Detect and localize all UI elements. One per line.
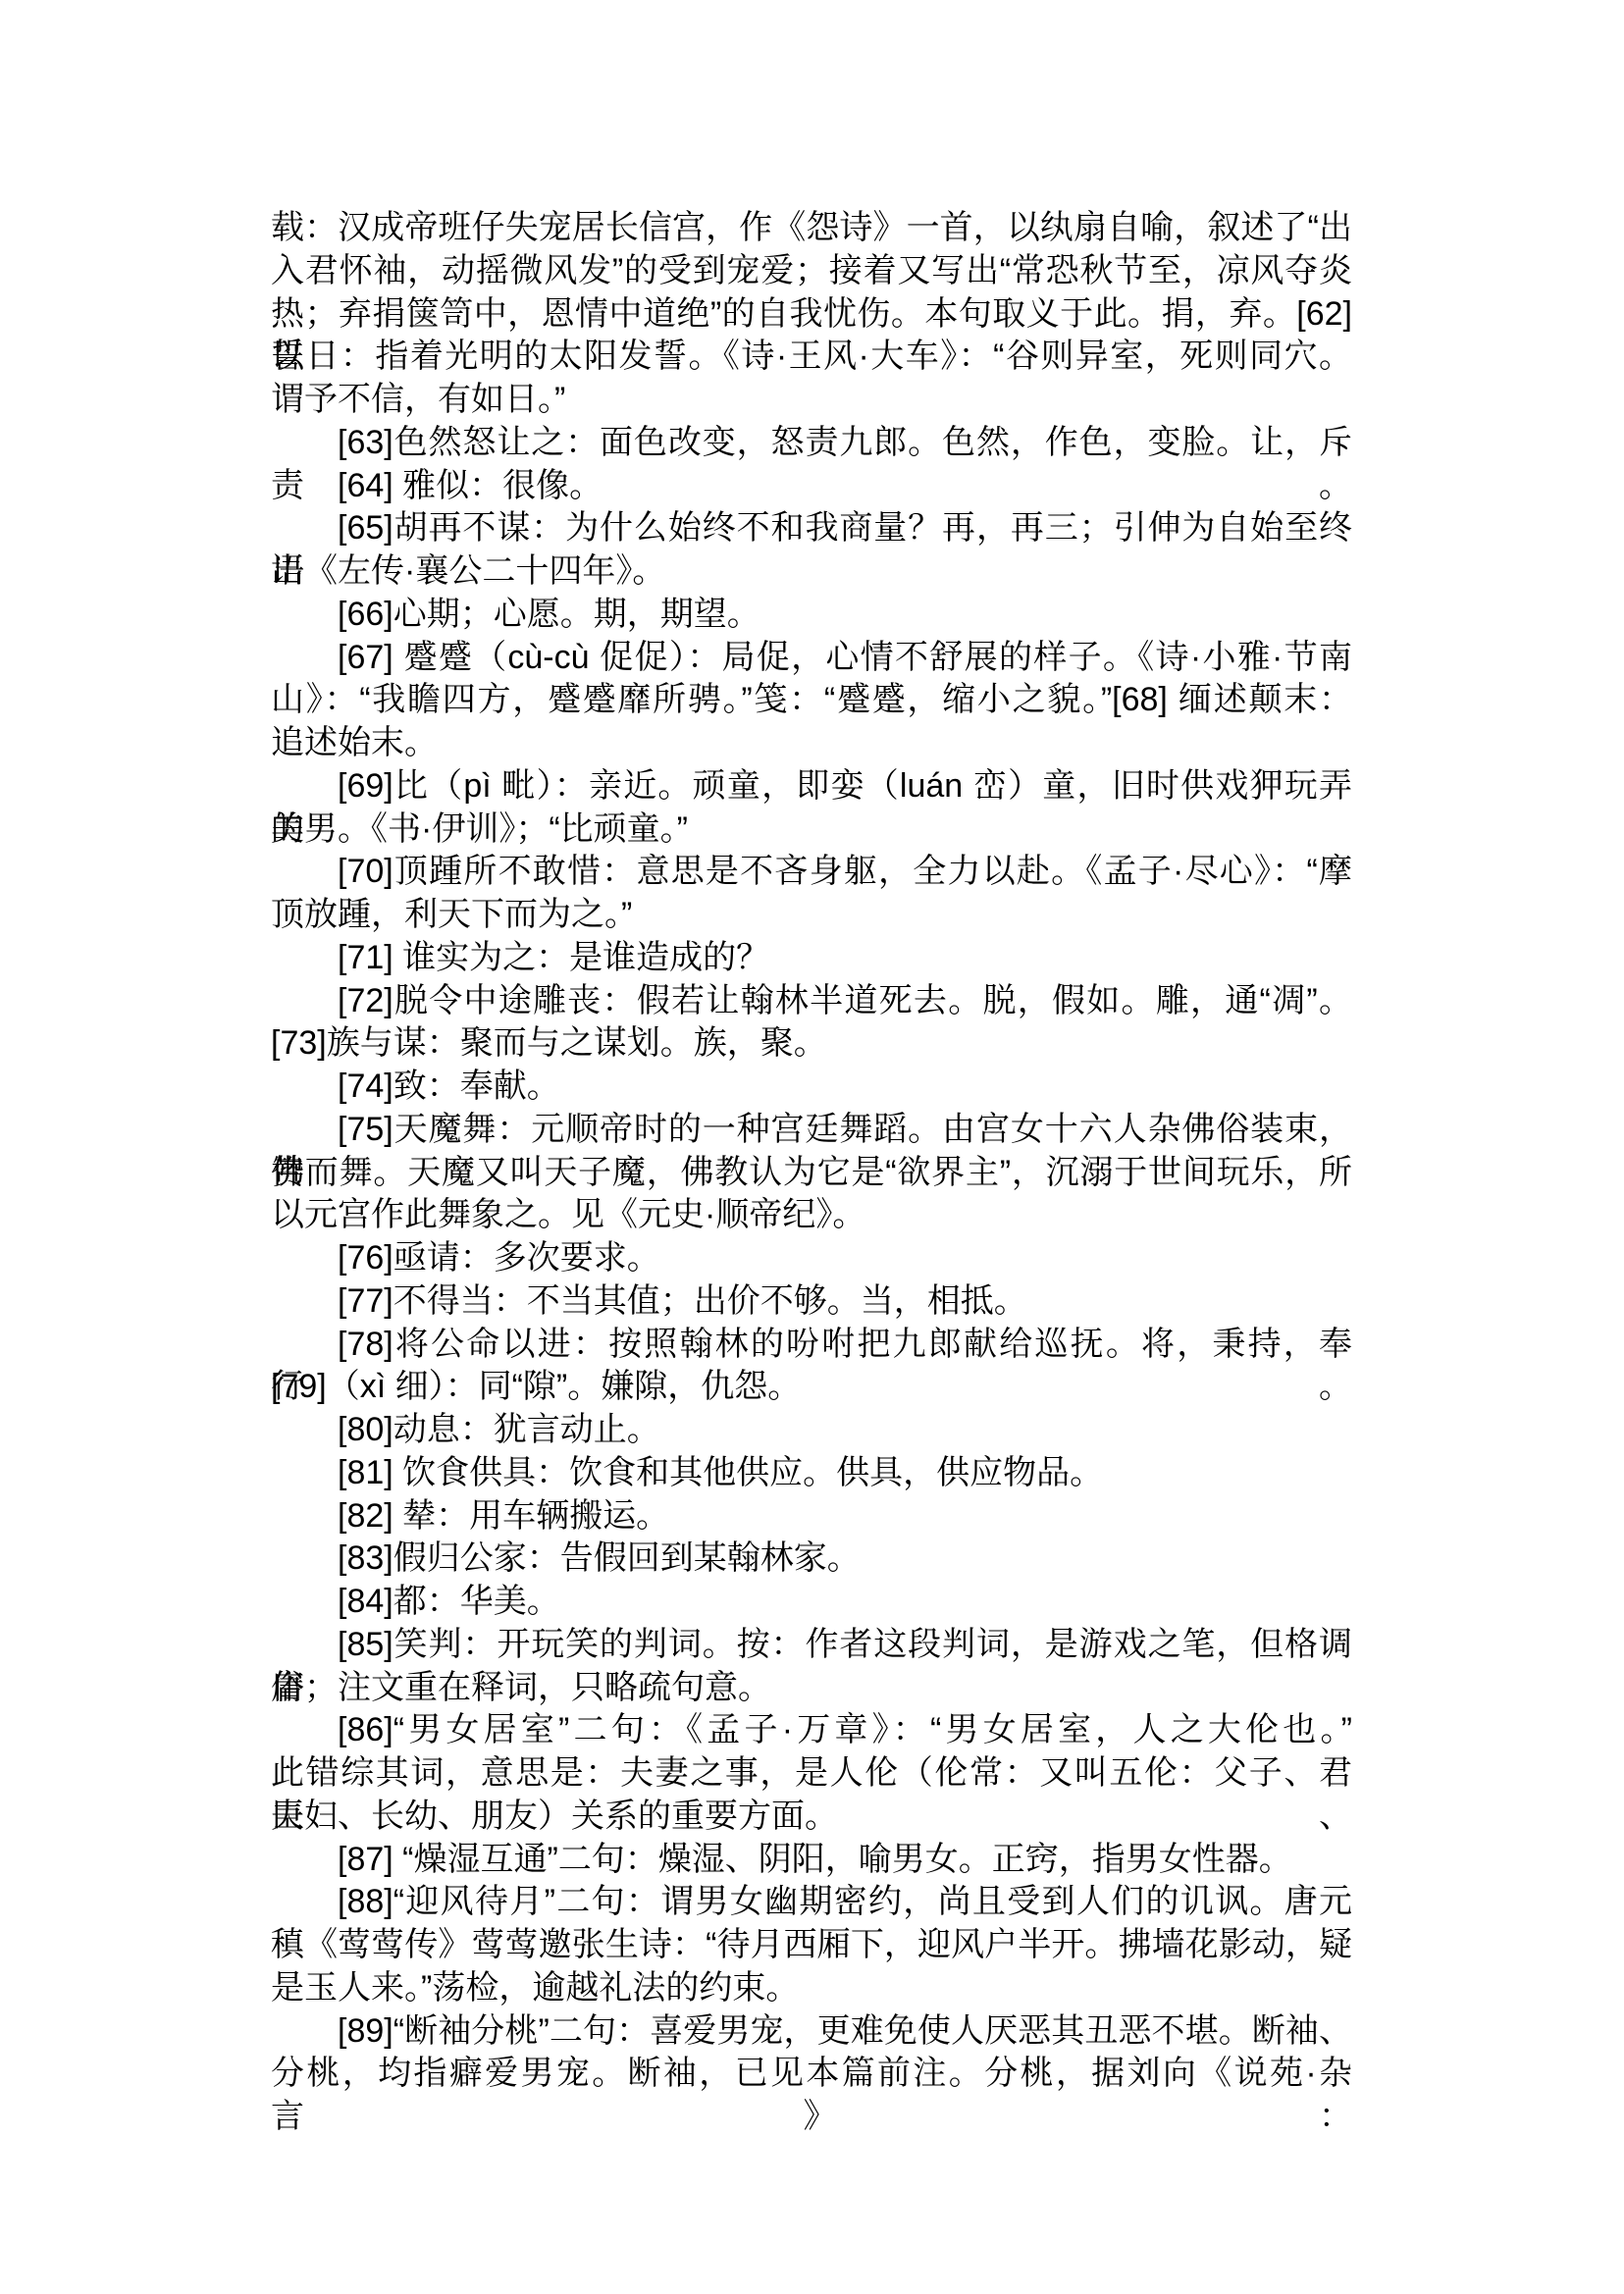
text-line: [67] 蹙蹙（cù-cù 促促）：局促，心情不舒展的样子。《诗·小雅·节南 bbox=[271, 637, 1352, 680]
annotation-text-block: 载：汉成帝班仔失宠居长信宫，作《怨诗》一首，以纨扇自喻，叙述了“出入君怀袖，动摇… bbox=[271, 207, 1352, 2096]
text-line: 载：汉成帝班仔失宠居长信宫，作《怨诗》一首，以纨扇自喻，叙述了“出 bbox=[271, 207, 1352, 250]
text-line: 热；弃捐箧笥中，恩情中道绝”的自我忧伤。本句取义于此。捐，弃。[62] 誓 bbox=[271, 293, 1352, 337]
text-line: [69]比（pì 毗）：亲近。顽童，即娈（luán 峦）童，旧时供戏狎玩弄的 bbox=[271, 765, 1352, 808]
text-line: [66]心期；心愿。期，期望。 bbox=[271, 594, 1352, 637]
text-line: 稹《莺莺传》莺莺邀张生诗：“待月西厢下，迎风户半开。拂墙花影动，疑 bbox=[271, 1924, 1352, 1967]
text-line: 出《左传·襄公二十四年》。 bbox=[271, 550, 1352, 594]
text-line: 山》：“我瞻四方，蹙蹙靡所骋。”笺：“蹙蹙，缩小之貌。”[68] 缅述颠末： bbox=[271, 679, 1352, 722]
text-line: [86]“男女居室”二句：《孟子·万章》：“男女居室，人之大伦也。” bbox=[271, 1709, 1352, 1752]
text-line: 谓予不信，有如日。” bbox=[271, 379, 1352, 422]
text-line: 以元宫作此舞象之。见《元史·顺帝纪》。 bbox=[271, 1194, 1352, 1237]
text-line: 入君怀袖，动摇微风发”的受到宠爱；接着又写出“常恐秋节至，凉风夺炎 bbox=[271, 250, 1352, 293]
text-line: 俗；注文重在释词，只略疏句意。 bbox=[271, 1667, 1352, 1710]
text-line: [65]胡再不谋：为什么始终不和我商量？再，再三；引伸为自始至终语 bbox=[271, 507, 1352, 550]
text-line: 佛而舞。天魔又叫天子魔，佛教认为它是“欲界主”，沉溺于世间玩乐，所 bbox=[271, 1152, 1352, 1195]
document-page: 载：汉成帝班仔失宠居长信宫，作《怨诗》一首，以纨扇自喻，叙述了“出入君怀袖，动摇… bbox=[0, 0, 1624, 2294]
text-line: [70]顶踵所不敢惜：意思是不吝身躯，全力以赴。《孟子·尽心》：“摩 bbox=[271, 851, 1352, 894]
text-line: [75]天魔舞：元顺帝时的一种宫廷舞蹈。由宫女十六人杂佛俗装束，赞 bbox=[271, 1109, 1352, 1152]
text-line: [76]亟请：多次要求。 bbox=[271, 1237, 1352, 1280]
text-line: [88]“迎风待月”二句：谓男女幽期密约，尚且受到人们的讥讽。唐元 bbox=[271, 1881, 1352, 1924]
text-line: [77]不得当：不当其值；出价不够。当，相抵。 bbox=[271, 1280, 1352, 1324]
text-line: [81] 饮食供具：饮食和其他供应。供具，供应物品。 bbox=[271, 1452, 1352, 1495]
text-line: [85]笑判：开玩笑的判词。按：作者这段判词，是游戏之笔，但格调庸 bbox=[271, 1624, 1352, 1667]
text-line: [78]将公命以进：按照翰林的吩咐把九郎献给巡抚。将，秉持，奉行。 bbox=[271, 1324, 1352, 1367]
text-line: [72]脱令中途雕丧：假若让翰林半道死去。脱，假如。雕，通“凋”。 bbox=[271, 980, 1352, 1023]
text-line: [80]动息：犹言动止。 bbox=[271, 1409, 1352, 1452]
text-line: [71] 谁实为之：是谁造成的？ bbox=[271, 937, 1352, 980]
text-line: [87] “燥湿互通”二句：燥湿、阴阳，喻男女。正窍，指男女性器。 bbox=[271, 1839, 1352, 1882]
text-line: [63]色然怒让之：面色改变，怒责九郎。色然，作色，变脸。让，斥责。 bbox=[271, 422, 1352, 465]
text-line: 顶放踵，利天下而为之。” bbox=[271, 894, 1352, 937]
text-line: 美男。《书·伊训》；“比顽童。” bbox=[271, 808, 1352, 852]
text-line: 追述始末。 bbox=[271, 722, 1352, 765]
text-line: [74]致：奉献。 bbox=[271, 1066, 1352, 1109]
text-line: [84]都：华美。 bbox=[271, 1581, 1352, 1624]
text-line: [89]“断袖分桃”二句：喜爱男宠，更难免使人厌恶其丑恶不堪。断袖、 bbox=[271, 2010, 1352, 2054]
text-line: 是玉人来。”荡检，逾越礼法的约束。 bbox=[271, 1967, 1352, 2010]
text-line: [83]假归公家：告假回到某翰林家。 bbox=[271, 1538, 1352, 1581]
text-line: [73]族与谋：聚而与之谋划。族，聚。 bbox=[271, 1022, 1352, 1066]
text-line: [82] 辇：用车辆搬运。 bbox=[271, 1495, 1352, 1538]
text-line: 以日：指着光明的太阳发誓。《诗·王风·大车》：“谷则异室，死则同穴。 bbox=[271, 336, 1352, 379]
text-line: 此错综其词，意思是：夫妻之事，是人伦（伦常：又叫五伦：父子、君臣、 bbox=[271, 1752, 1352, 1796]
text-line: 分桃，均指癖爱男宠。断袖，已见本篇前注。分桃，据刘向《说苑·杂言》： bbox=[271, 2053, 1352, 2096]
